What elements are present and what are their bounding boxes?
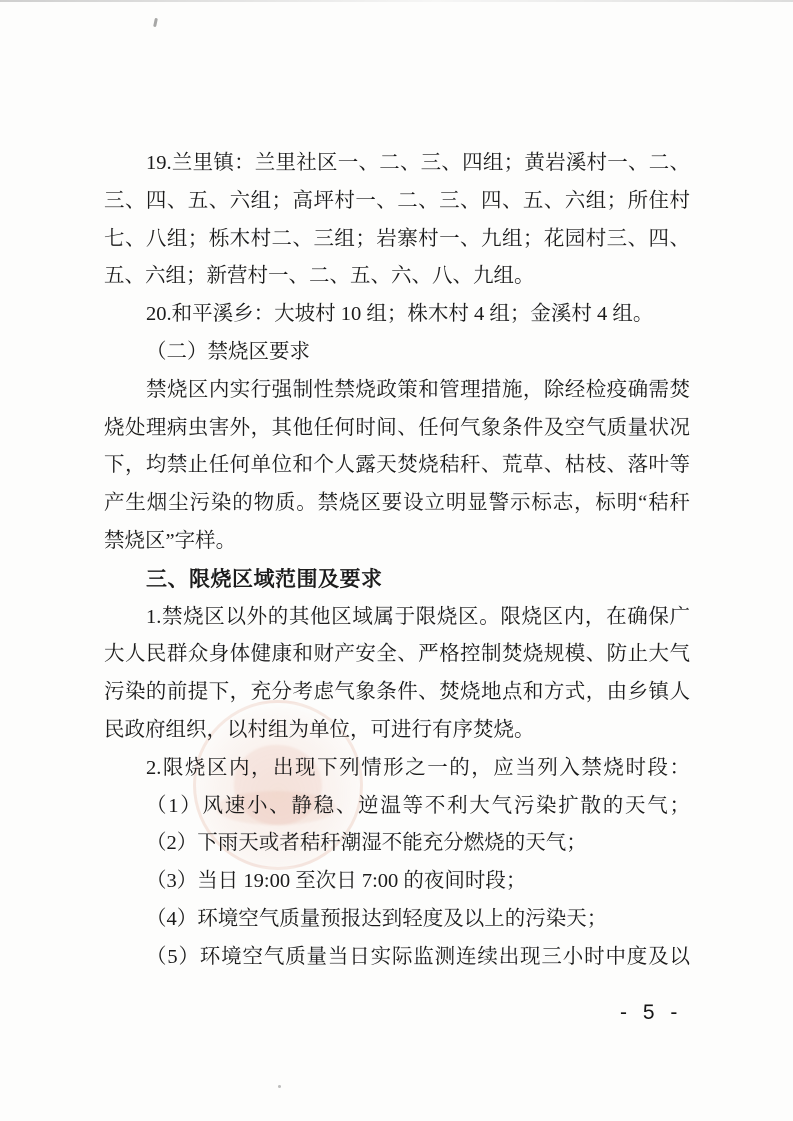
text-line: 禁烧区内实行强制性禁烧政策和管理措施，除经检疫确需焚	[104, 372, 690, 410]
text-line: 禁烧区”字样。	[104, 523, 690, 561]
text-line: 大人民群众身体健康和财产安全、严格控制焚烧规模、防止大气	[104, 636, 690, 674]
text-line: 污染的前提下，充分考虑气象条件、焚烧地点和方式，由乡镇人	[104, 674, 690, 712]
scan-speck	[153, 18, 158, 27]
scan-edge-artifact	[0, 0, 793, 2]
text-line: （3）当日 19:00 至次日 7:00 的夜间时段；	[104, 863, 690, 901]
text-line: 1.禁烧区以外的其他区域属于限烧区。限烧区内，在确保广	[104, 599, 690, 637]
text-line: 三、四、五、六组；高坪村一、二、三、四、五、六组；所住村	[104, 183, 690, 221]
text-line: 产生烟尘污染的物质。禁烧区要设立明显警示标志，标明“秸秆	[104, 485, 690, 523]
text-line: 五、六组；新营村一、二、五、六、八、九组。	[104, 258, 690, 296]
text-line: （4）环境空气质量预报达到轻度及以上的污染天；	[104, 901, 690, 939]
text-line: 烧处理病虫害外，其他任何时间、任何气象条件及空气质量状况	[104, 410, 690, 448]
text-line: （2）下雨天或者秸秆潮湿不能充分燃烧的天气；	[104, 825, 690, 863]
text-line: 七、八组；栎木村二、三组；岩寨村一、九组；花园村三、四、	[104, 221, 690, 259]
page-number: - 5 -	[620, 1001, 679, 1025]
text-line: 19.兰里镇：兰里社区一、二、三、四组；黄岩溪村一、二、	[104, 145, 690, 183]
text-line: （5）环境空气质量当日实际监测连续出现三小时中度及以	[104, 939, 690, 977]
section-heading: 三、限烧区域范围及要求	[104, 561, 690, 599]
text-line: 20.和平溪乡：大坡村 10 组；株木村 4 组；金溪村 4 组。	[104, 296, 690, 334]
text-line: 下，均禁止任何单位和个人露天焚烧秸秆、荒草、枯枝、落叶等	[104, 447, 690, 485]
scan-speck	[278, 1085, 281, 1088]
text-line: 民政府组织，以村组为单位，可进行有序焚烧。	[104, 712, 690, 750]
document-page: 19.兰里镇：兰里社区一、二、三、四组；黄岩溪村一、二、三、四、五、六组；高坪村…	[0, 0, 793, 1121]
text-line: （二）禁烧区要求	[104, 334, 690, 372]
document-text-block: 19.兰里镇：兰里社区一、二、三、四组；黄岩溪村一、二、三、四、五、六组；高坪村…	[104, 145, 690, 977]
text-line: 2.限烧区内，出现下列情形之一的，应当列入禁烧时段：	[104, 750, 690, 788]
text-line: （1）风速小、静稳、逆温等不利大气污染扩散的天气；	[104, 788, 690, 826]
